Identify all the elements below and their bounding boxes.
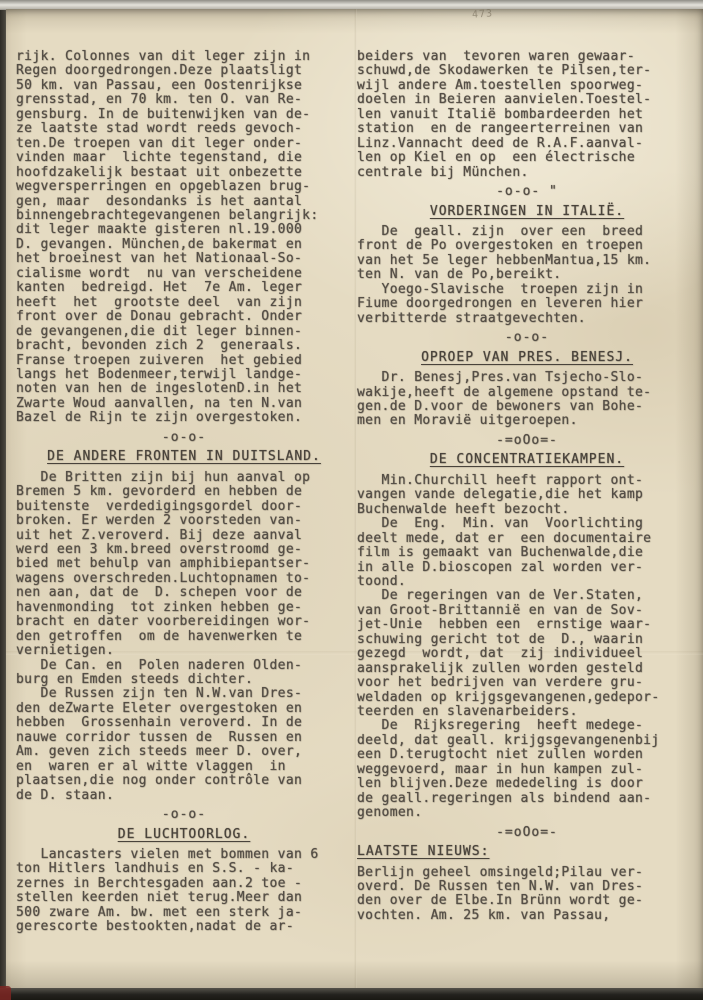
section-separator: -=oOo=- — [357, 434, 697, 448]
section-heading: DE CONCENTRATIEKAMPEN. — [357, 453, 697, 467]
section-separator: -o-o- " — [357, 185, 697, 199]
paragraph: Berlijn geheel omsingeld;Pilau ver- over… — [357, 866, 697, 924]
paragraph: Dr. Benesj,Pres.van Tsjecho-Slo- wakije,… — [357, 371, 697, 429]
red-corner-mark — [0, 986, 11, 1000]
section-heading: DE LUCHTOORLOG. — [16, 828, 352, 842]
paragraph: Min.Churchill heeft rapport ont- vangen … — [357, 474, 697, 821]
section-heading: OPROEP VAN PRES. BENESJ. — [357, 351, 697, 365]
pencil-annotation: 473 — [472, 8, 494, 20]
left-text-column: rijk. Colonnes van dit leger zijn in Reg… — [16, 50, 352, 935]
scan-edge-bottom — [0, 988, 703, 1000]
section-separator: -=oOo=- — [357, 826, 697, 840]
scanned-document: 473 rijk. Colonnes van dit leger zijn in… — [0, 0, 703, 1000]
section-heading: LAATSTE NIEUWS: — [357, 845, 697, 859]
paragraph: Lancasters vielen met bommen van 6 ton H… — [16, 848, 352, 935]
section-separator: -o-o- — [16, 808, 352, 822]
newspaper-page: 473 rijk. Colonnes van dit leger zijn in… — [6, 9, 703, 990]
paragraph: beiders van tevoren waren gewaar- schuwd… — [357, 50, 697, 180]
paragraph: rijk. Colonnes van dit leger zijn in Reg… — [16, 50, 352, 426]
section-separator: -o-o- — [16, 431, 352, 445]
section-heading: DE ANDERE FRONTEN IN DUITSLAND. — [16, 450, 352, 464]
section-heading: VORDERINGEN IN ITALIË. — [357, 205, 697, 219]
section-separator: -o-o- — [357, 331, 697, 345]
paragraph: De geall. zijn over een breed front de P… — [357, 225, 697, 326]
paragraph: De Britten zijn bij hun aanval op Bremen… — [16, 471, 352, 803]
right-text-column: beiders van tevoren waren gewaar- schuwd… — [357, 50, 697, 923]
